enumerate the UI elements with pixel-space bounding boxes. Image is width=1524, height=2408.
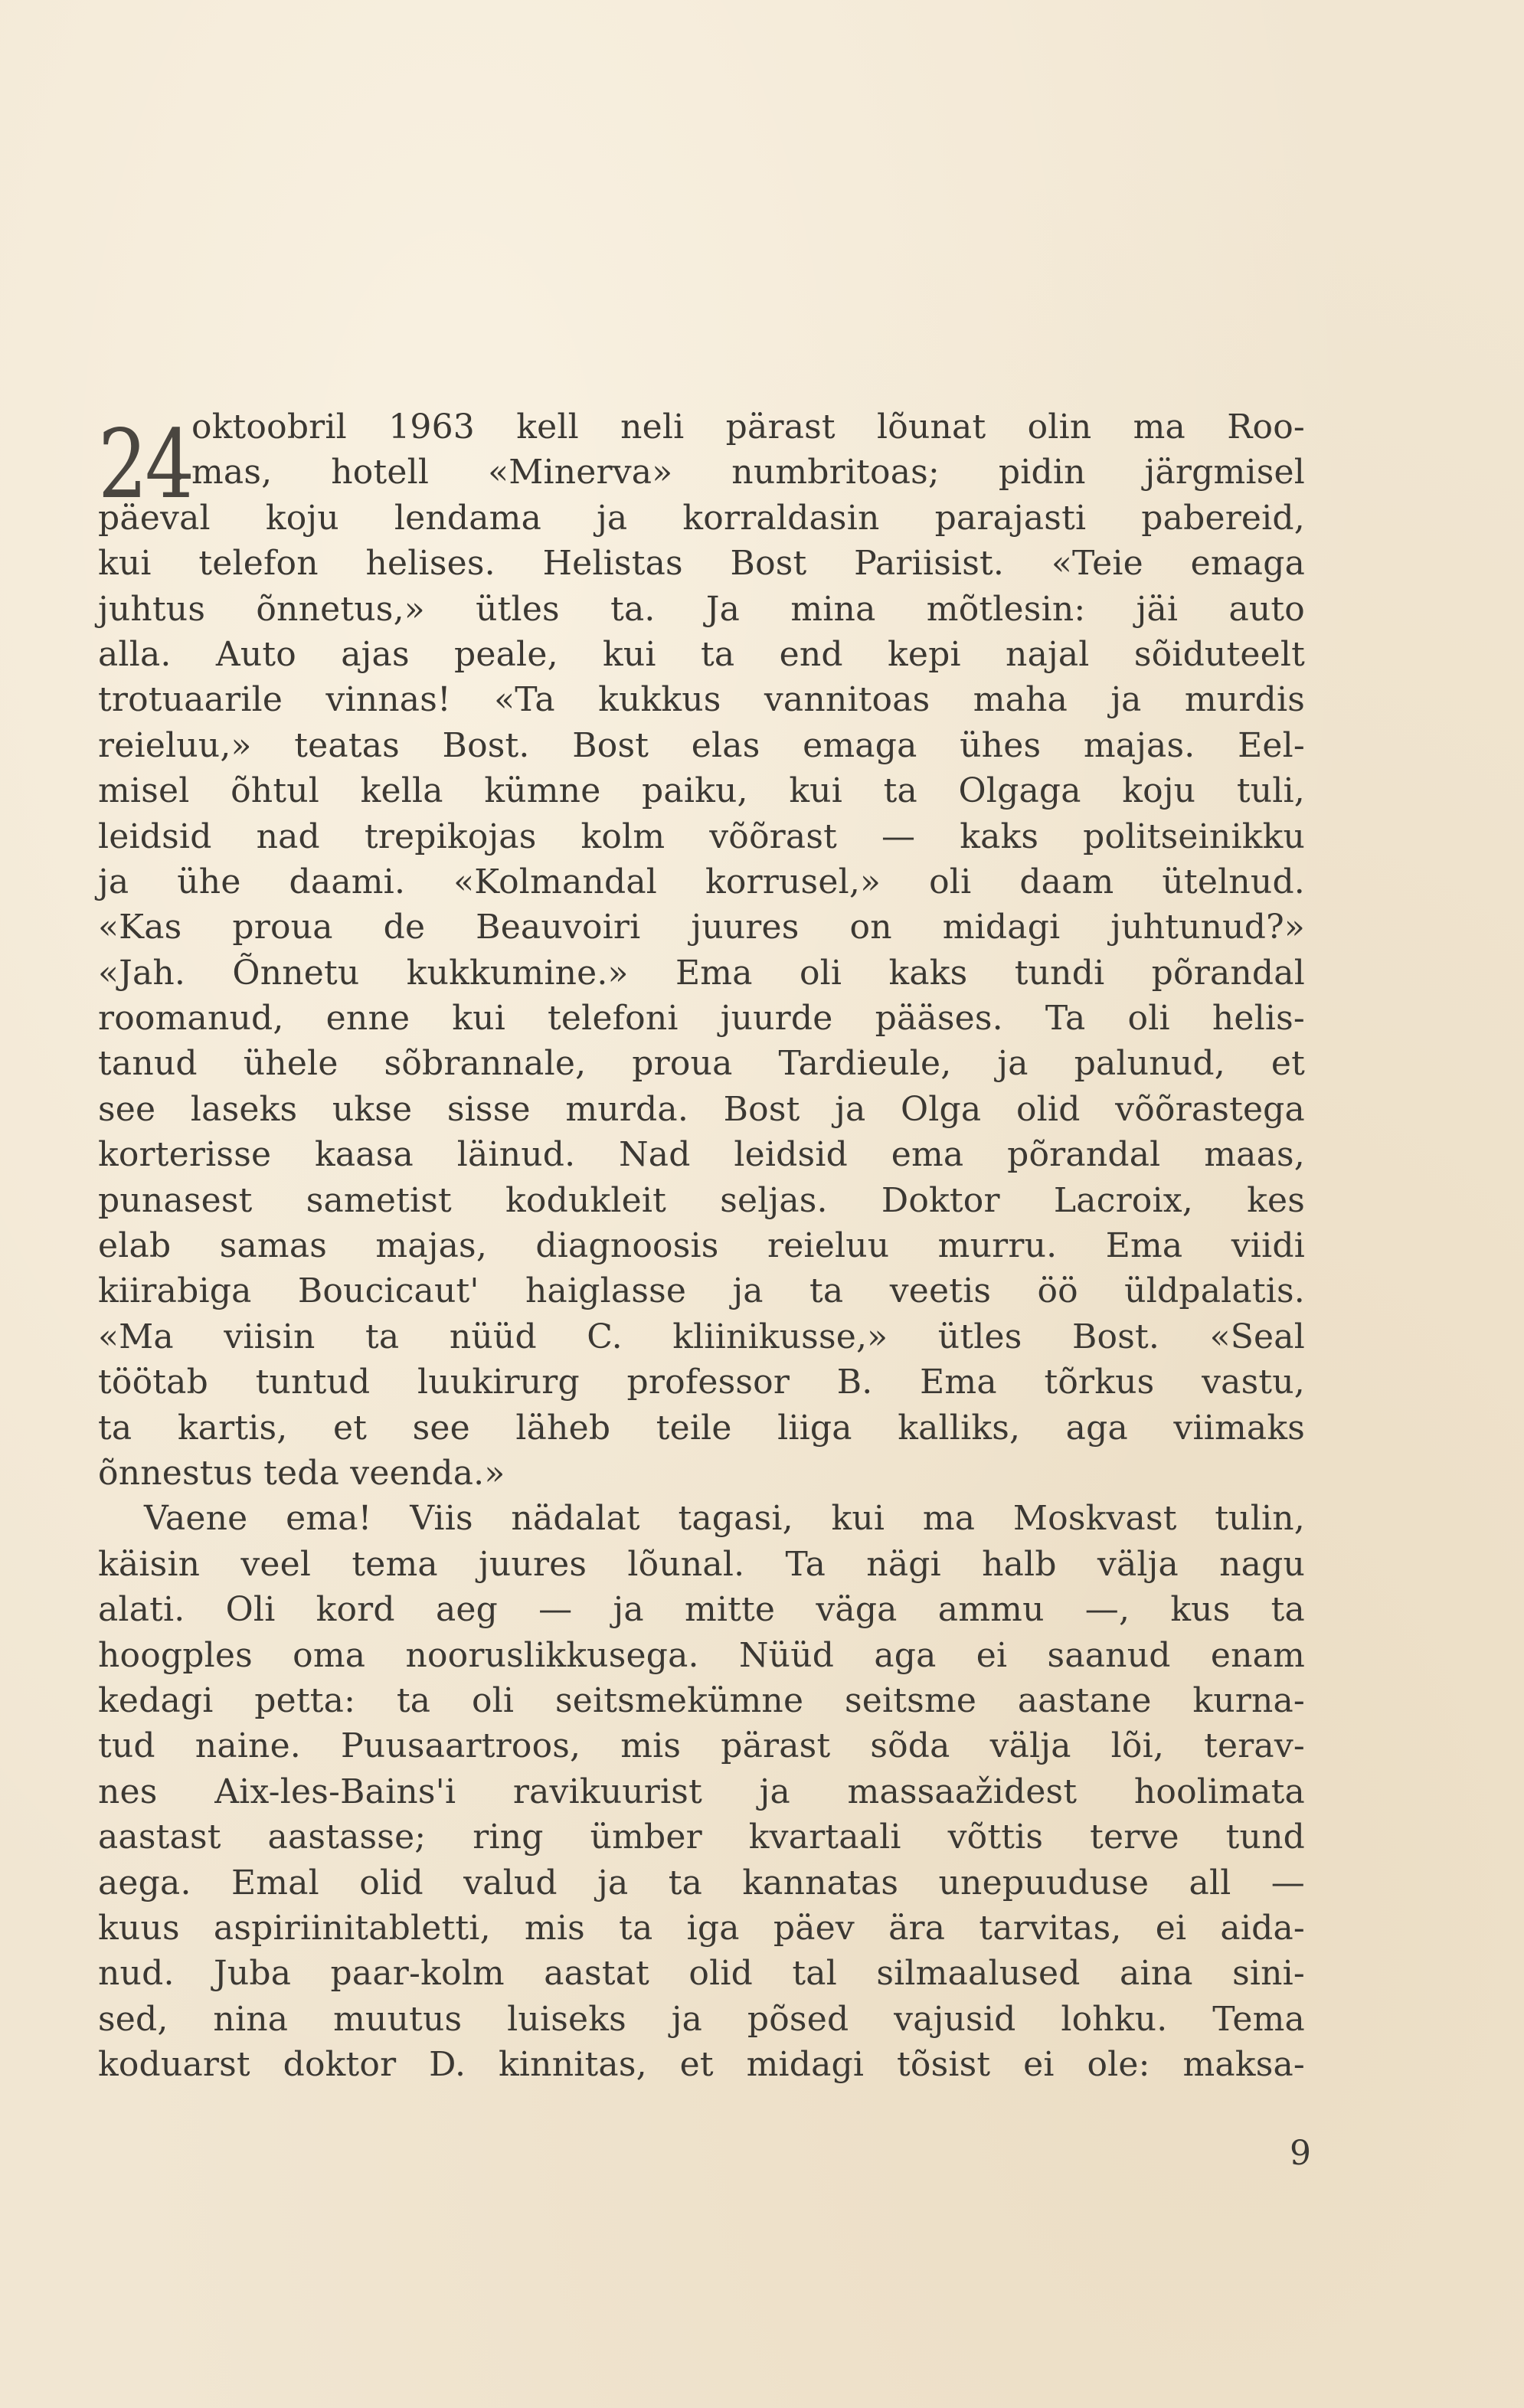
text-line: roomanud, enne kui telefoni juurde pääse… (98, 996, 1305, 1041)
text-line: punasest sametist kodukleit seljas. Dokt… (98, 1178, 1305, 1223)
text-line: koduarst doktor D. kinnitas, et midagi t… (98, 2042, 1305, 2087)
text-line: aastast aastasse; ring ümber kvartaali v… (98, 1814, 1305, 1860)
body-text: oktoobril 1963 kell neli pärast lõunat o… (98, 404, 1305, 2087)
text-line: «Jah. Õnnetu kukkumine.» Ema oli kaks tu… (98, 950, 1305, 996)
text-line: kedagi petta: ta oli seitsmekümne seitsm… (98, 1678, 1305, 1723)
text-line: juhtus õnnetus,» ütles ta. Ja mina mõtle… (98, 587, 1305, 632)
text-line: reieluu,» teatas Bost. Bost elas emaga ü… (98, 723, 1305, 768)
book-page: 24 oktoobril 1963 kell neli pärast lõuna… (0, 0, 1524, 2408)
text-line: nes Aix-les-Bains'i ravikuurist ja massa… (98, 1769, 1305, 1814)
text-line: Vaene ema! Viis nädalat tagasi, kui ma M… (98, 1496, 1305, 1541)
text-line: trotuaarile vinnas! «Ta kukkus vannitoas… (98, 677, 1305, 722)
text-line: korterisse kaasa läinud. Nad leidsid ema… (98, 1132, 1305, 1177)
text-line: nud. Juba paar-kolm aastat olid tal silm… (98, 1951, 1305, 1996)
text-line: oktoobril 1963 kell neli pärast lõunat o… (98, 404, 1305, 450)
text-line: ta kartis, et see läheb teile liiga kall… (98, 1405, 1305, 1451)
text-line: kui telefon helises. Helistas Bost Parii… (98, 541, 1305, 586)
text-line: töötab tuntud luukirurg professor B. Ema… (98, 1359, 1305, 1405)
text-line: aega. Emal olid valud ja ta kannatas une… (98, 1860, 1305, 1906)
text-line: ja ühe daami. «Kolmandal korrusel,» oli … (98, 859, 1305, 905)
text-line: see laseks ukse sisse murda. Bost ja Olg… (98, 1087, 1305, 1132)
text-line: misel õhtul kella kümne paiku, kui ta Ol… (98, 768, 1305, 813)
text-line: kuus aspiriinitabletti, mis ta iga päev … (98, 1906, 1305, 1951)
text-line: tanud ühele sõbrannale, proua Tardieule,… (98, 1041, 1305, 1086)
text-line: mas, hotell «Minerva» numbritoas; pidin … (98, 450, 1305, 495)
text-line: tud naine. Puusaartroos, mis pärast sõda… (98, 1723, 1305, 1768)
text-line: õnnestus teda veenda.» (98, 1451, 1305, 1496)
text-line: päeval koju lendama ja korraldasin paraj… (98, 496, 1305, 541)
text-line: leidsid nad trepikojas kolm võõrast — ka… (98, 814, 1305, 859)
text-line: käisin veel tema juures lõunal. Ta nägi … (98, 1542, 1305, 1587)
text-line: alati. Oli kord aeg — ja mitte väga ammu… (98, 1587, 1305, 1632)
text-line: hoogples oma nooruslikkusega. Nüüd aga e… (98, 1633, 1305, 1678)
text-line: «Ma viisin ta nüüd C. kliinikusse,» ütle… (98, 1314, 1305, 1359)
text-line: alla. Auto ajas peale, kui ta end kepi n… (98, 632, 1305, 677)
page-number: 9 (1290, 2131, 1311, 2177)
text-line: «Kas proua de Beauvoiri juures on midagi… (98, 905, 1305, 950)
text-line: sed, nina muutus luiseks ja põsed vajusi… (98, 1997, 1305, 2042)
text-line: elab samas majas, diagnoosis reieluu mur… (98, 1223, 1305, 1268)
text-line: kiirabiga Boucicaut' haiglasse ja ta vee… (98, 1268, 1305, 1314)
